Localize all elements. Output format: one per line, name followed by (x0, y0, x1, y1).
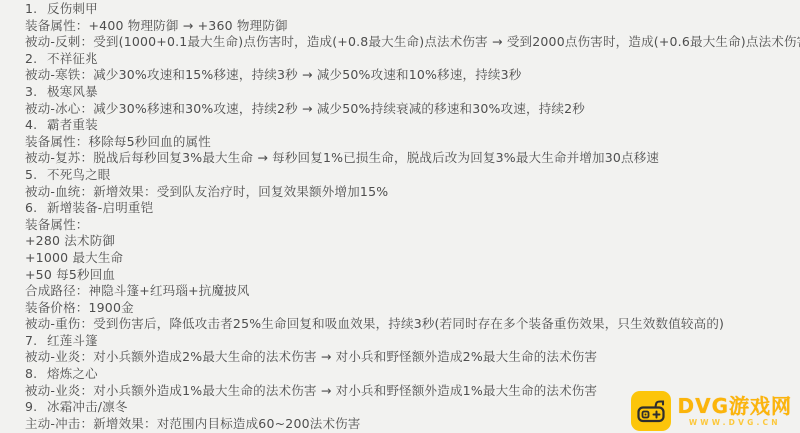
watermark-site-url: WWW.DVG.CN (689, 418, 781, 428)
item-detail: 被动-寒铁：减少30%攻速和15%移速，持续3秒 → 减少50%攻速和10%移速… (25, 67, 800, 84)
item-detail: 装备属性： (25, 217, 800, 234)
item-title-text: 熔炼之心 (47, 366, 98, 381)
watermark: DVG游戏网 WWW.DVG.CN (631, 391, 793, 431)
item-title-text: 冰霜冲击/凛冬 (47, 399, 128, 414)
item-title-text: 不死鸟之眼 (47, 167, 111, 182)
item-number: 1. (25, 1, 47, 18)
item-number: 5. (25, 167, 47, 184)
item-detail: 装备属性：移除每5秒回血的属性 (25, 134, 800, 151)
item-detail: 合成路径：神隐斗篷+红玛瑙+抗魔披风 (25, 283, 800, 300)
item-title: 1.反伤刺甲 (25, 1, 800, 18)
item-detail: 被动-业炎：对小兵额外造成2%最大生命的法术伤害 → 对小兵和野怪额外造成2%最… (25, 349, 800, 366)
item-number: 4. (25, 117, 47, 134)
item-detail: 装备价格：1900金 (25, 300, 800, 317)
item-detail: 被动-反刺：受到(1000+0.1最大生命)点伤害时，造成(+0.8最大生命)点… (25, 34, 800, 51)
item-title: 3.极寒风暴 (25, 84, 800, 101)
item-number: 2. (25, 51, 47, 68)
item-number: 6. (25, 200, 47, 217)
item-title-text: 极寒风暴 (47, 84, 98, 99)
item-detail: 被动-冰心：减少30%移速和30%攻速，持续2秒 → 减少50%持续衰减的移速和… (25, 101, 800, 118)
item-title: 4.霸者重装 (25, 117, 800, 134)
item-title-text: 红莲斗篷 (47, 333, 98, 348)
item-number: 9. (25, 399, 47, 416)
item-title: 6.新增装备-启明重铠 (25, 200, 800, 217)
patch-notes: 1.反伤刺甲装备属性：+400 物理防御 → +360 物理防御被动-反刺：受到… (0, 1, 800, 432)
item-detail: 被动-重伤：受到伤害后，降低攻击者25%生命回复和吸血效果，持续3秒(若同时存在… (25, 316, 800, 333)
item-title-text: 新增装备-启明重铠 (47, 200, 153, 215)
item-title-text: 不祥征兆 (47, 51, 98, 66)
item-title: 7.红莲斗篷 (25, 333, 800, 350)
item-number: 7. (25, 333, 47, 350)
item-detail: +50 每5秒回血 (25, 267, 800, 284)
item-detail: 装备属性：+400 物理防御 → +360 物理防御 (25, 18, 800, 35)
item-detail: +1000 最大生命 (25, 250, 800, 267)
item-detail: +280 法术防御 (25, 233, 800, 250)
item-title: 2.不祥征兆 (25, 51, 800, 68)
item-number: 3. (25, 84, 47, 101)
item-title-text: 霸者重装 (47, 117, 98, 132)
item-title: 5.不死鸟之眼 (25, 167, 800, 184)
gamepad-icon (631, 391, 671, 431)
item-detail: 被动-复苏：脱战后每秒回复3%最大生命 → 每秒回复1%已损生命，脱战后改为回复… (25, 150, 800, 167)
watermark-site-name: DVG游戏网 (678, 395, 793, 417)
item-title: 8.熔炼之心 (25, 366, 800, 383)
item-number: 8. (25, 366, 47, 383)
item-detail: 被动-血统：新增效果：受到队友治疗时，回复效果额外增加15% (25, 184, 800, 201)
item-title-text: 反伤刺甲 (47, 1, 98, 16)
